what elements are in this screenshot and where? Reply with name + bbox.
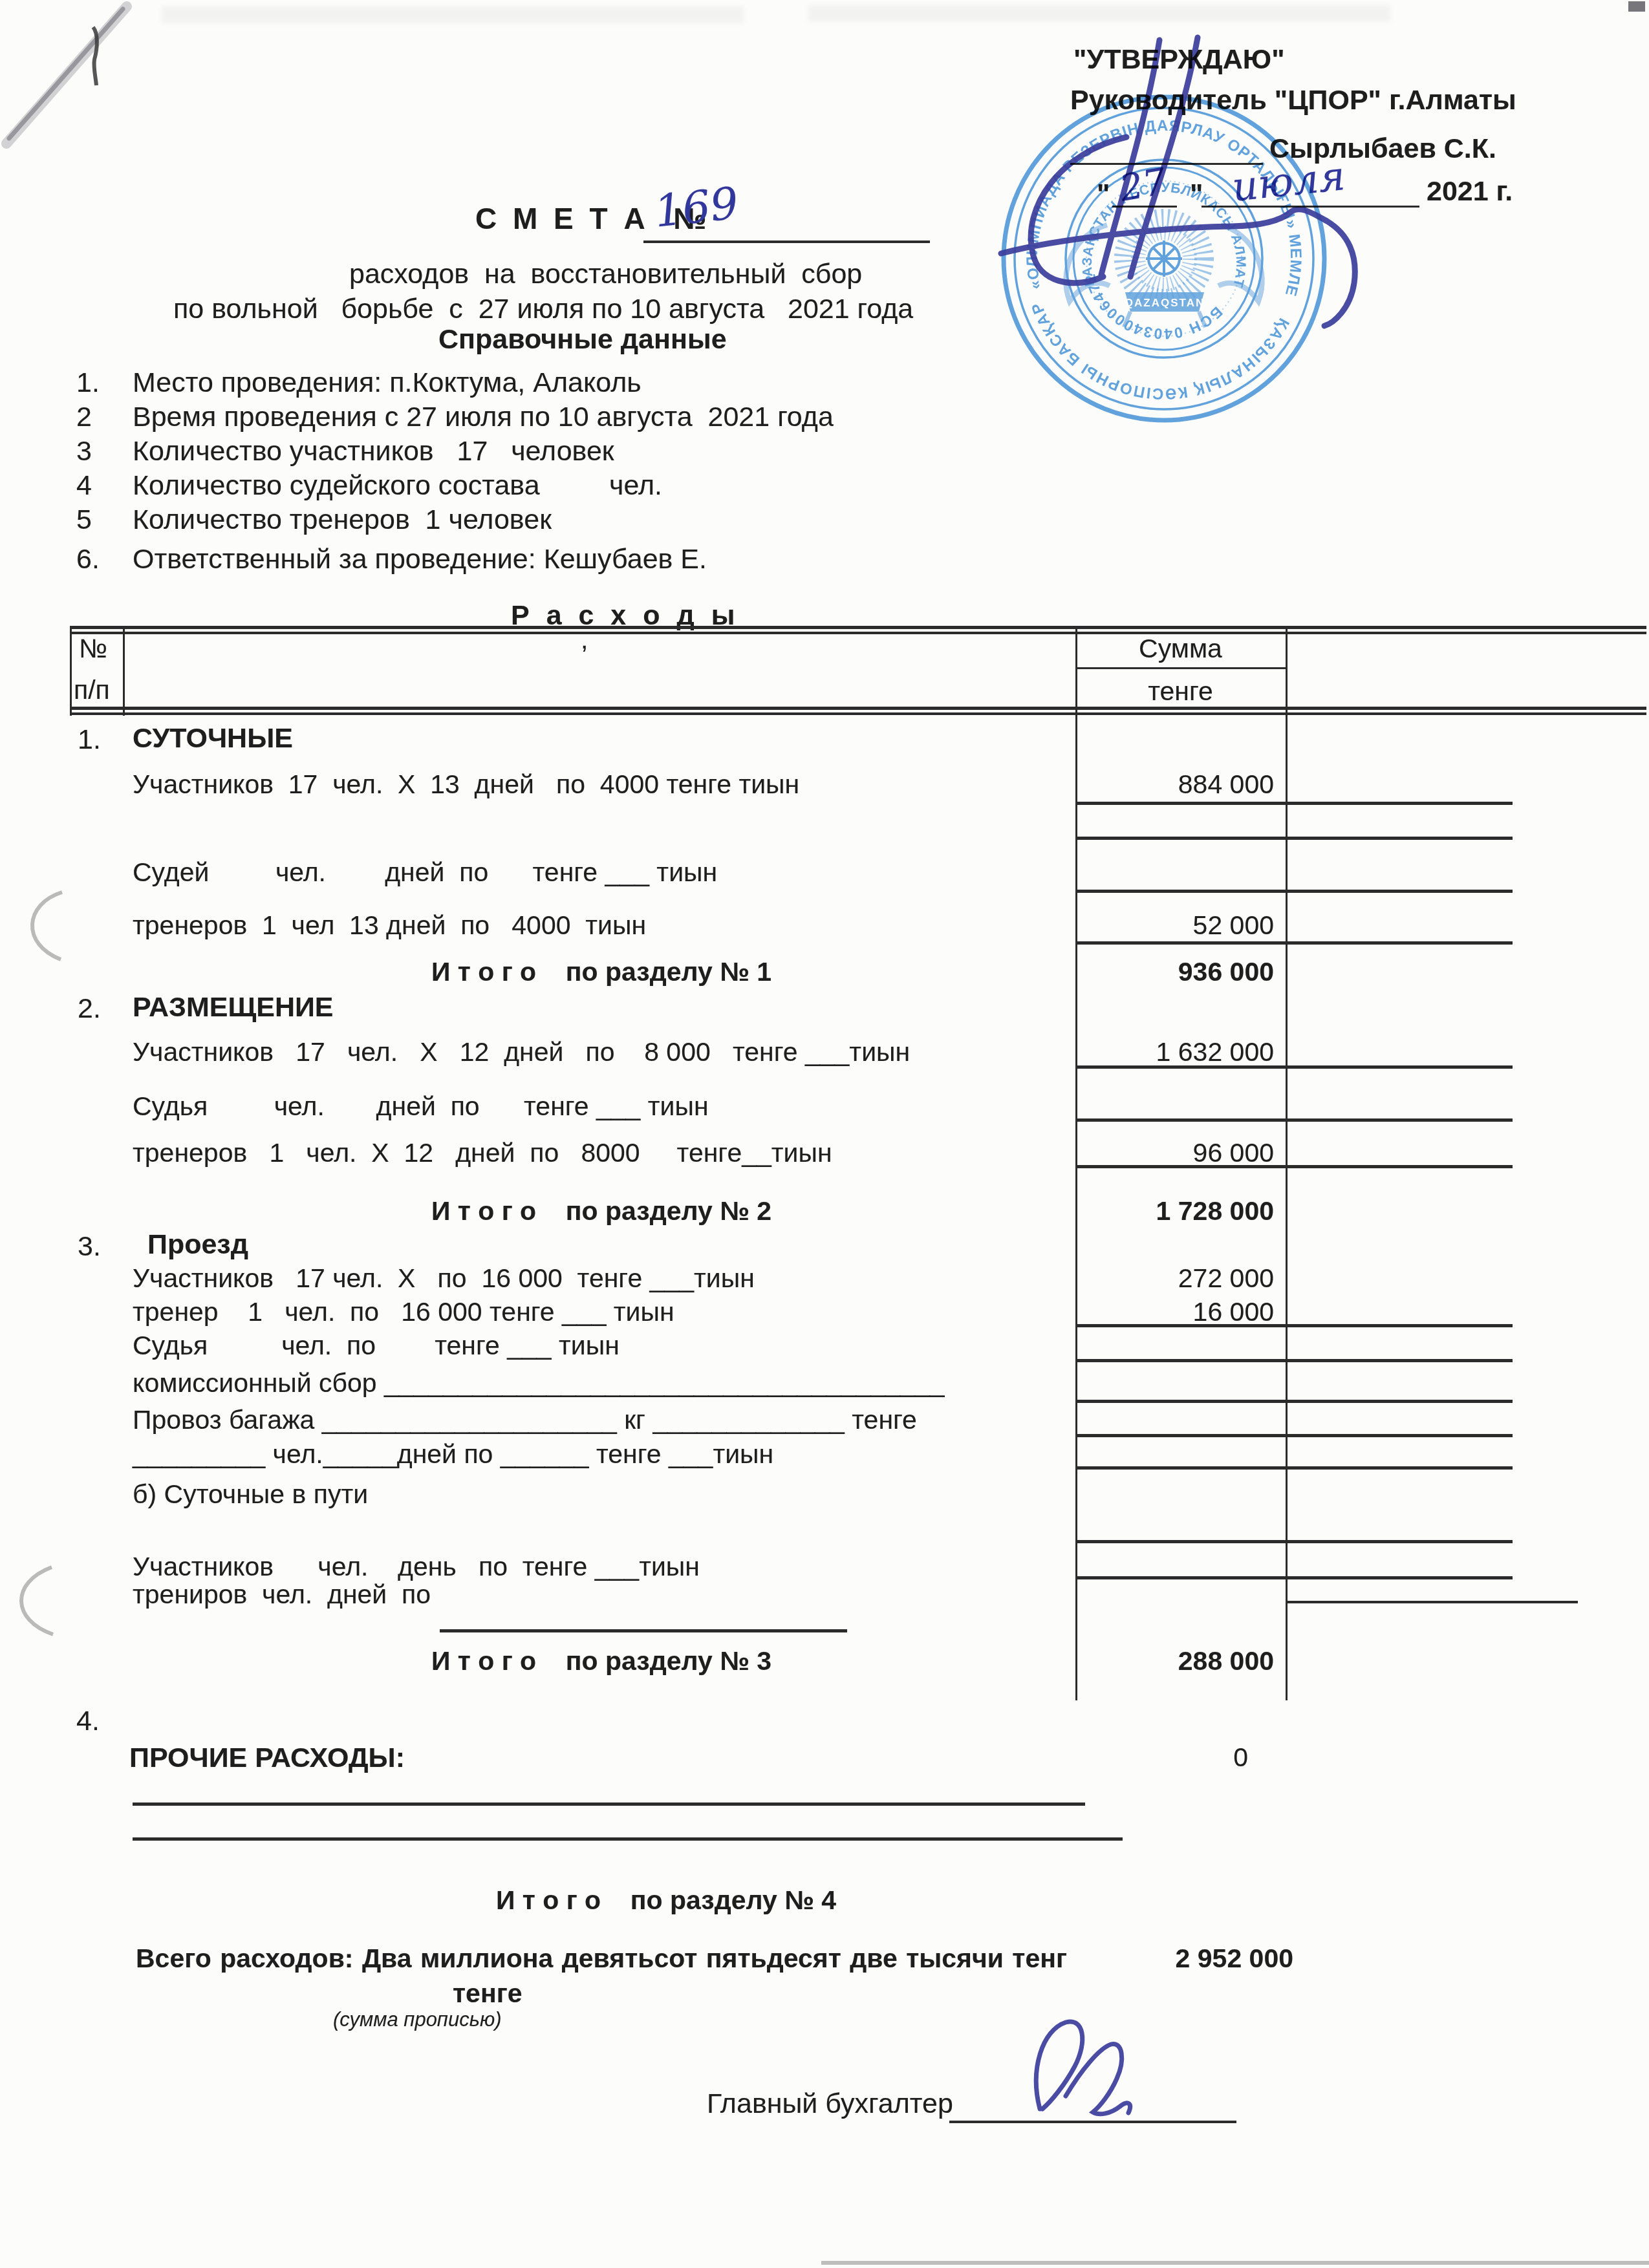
table-border [70, 626, 1646, 629]
blank-line [133, 1837, 1123, 1841]
info-item-num: 4 [76, 470, 92, 502]
row-separator [1286, 1601, 1578, 1603]
section-name: ПРОЧИЕ РАСХОДЫ: [129, 1742, 405, 1774]
table-border [123, 626, 125, 716]
stray-comma: , [581, 625, 588, 655]
expense-row-value: 884 000 [1073, 769, 1274, 800]
section-number: 3. [78, 1231, 101, 1263]
expense-row-value: 52 000 [1073, 910, 1274, 941]
expense-row-label: Судей чел. дней по тенге ___ тиын [133, 857, 717, 888]
expense-row-label: Провоз багажа ____________________ кг __… [133, 1405, 917, 1435]
info-item-num: 2 [76, 401, 92, 433]
artwork-overlay: QAZAQSTAN «ОЛИМПИАДА РЕЗЕРВІН ДАЯРЛАУ ОР… [0, 0, 1649, 2268]
row-separator [1075, 1359, 1513, 1362]
row-separator [1075, 1540, 1513, 1543]
expense-row-value: 272 000 [1073, 1263, 1274, 1294]
table-border [70, 707, 1646, 710]
section-number: 1. [78, 724, 101, 756]
expense-row-label: тренеров 1 чел 13 дней по 4000 тиын [133, 910, 646, 941]
table-border [70, 626, 72, 716]
grand-total-currency: тенге [453, 1978, 523, 2009]
expense-row-label: тренеров 1 чел. X 12 дней по 8000 тенге_… [133, 1138, 832, 1168]
scan-artifact-line [821, 2261, 1649, 2265]
approval-quote: "УТВЕРЖДАЮ" [1073, 44, 1285, 76]
row-separator [1075, 1065, 1513, 1069]
column-header-number: № [79, 634, 107, 664]
blank-line [440, 1629, 847, 1632]
info-item-num: 1. [76, 367, 100, 399]
svg-text:ҚАЗАҚСТАН РЕСПУБЛИКАСЫ АЛМАТЫ: ҚАЗАҚСТАН РЕСПУБЛИКАСЫ АЛМАТЫ ҚАЛАСЫ [0, 0, 1248, 290]
scanned-estimate-document: "УТВЕРЖДАЮ" Руководитель "ЦПОР" г.Алматы… [0, 0, 1649, 2268]
info-item-text: Количество тренеров 1 человек [133, 504, 552, 536]
row-separator [1075, 1434, 1513, 1437]
column-header-sum: Сумма [1075, 634, 1286, 664]
expense-row-value: 16 000 [1073, 1297, 1274, 1327]
scan-artifact-arc [21, 892, 62, 1634]
section-total-label: И т о г о по разделу № 3 [362, 1646, 841, 1676]
grand-total-words: Всего расходов: Два миллиона девятьсот п… [136, 1943, 1067, 1974]
section-name: Проезд [147, 1229, 248, 1261]
section-total-value: 936 000 [1073, 957, 1274, 987]
section-total-label: И т о г о по разделу № 2 [362, 1196, 841, 1226]
expense-row-label: Участников 17 чел. X 12 дней по 8 000 те… [133, 1037, 910, 1067]
accountant-signature [1036, 2022, 1130, 2114]
row-separator [1075, 1576, 1513, 1579]
table-border [1075, 667, 1286, 669]
info-item-text: Место проведения: п.Коктума, Алаколь [133, 367, 641, 399]
blank-line [133, 1803, 1085, 1806]
column-header-number: п/п [74, 675, 110, 705]
title-subtitle-3: Справочные данные [438, 324, 727, 356]
table-border [70, 632, 1646, 634]
column-header-currency: тенге [1075, 676, 1286, 707]
info-item-text: Количество участников 17 человек [133, 436, 614, 467]
expense-row-label: Судья чел. по тенге ___ тиын [133, 1331, 620, 1361]
handwritten-day: 27 [1117, 160, 1169, 209]
section-total-value: 1 728 000 [1073, 1196, 1274, 1226]
stamp-inner-top-text: ҚАЗАҚСТАН РЕСПУБЛИКАСЫ АЛМАТЫ ҚАЛАСЫ [0, 0, 1248, 290]
section-total-label: И т о г о по разделу № 1 [362, 957, 841, 987]
row-separator [1075, 941, 1513, 945]
info-item-num: 6. [76, 544, 100, 575]
section-name: СУТОЧНЫЕ [133, 723, 293, 754]
stamp-emblem-text: QAZAQSTAN [1125, 297, 1205, 309]
expense-row-label: _________ чел._____дней по ______ тенге … [133, 1439, 773, 1470]
scan-bleed-artifact [162, 6, 744, 23]
section-name: РАЗМЕЩЕНИЕ [133, 992, 334, 1023]
accountant-signature-line [949, 2121, 1236, 2123]
expense-row-label: б) Суточные в пути [133, 1479, 368, 1510]
info-item-text: Количество судейского состава чел. [133, 470, 662, 502]
approval-role: Руководитель "ЦПОР" г.Алматы [1070, 85, 1516, 116]
row-separator [1075, 1466, 1513, 1470]
title-subtitle-2: по вольной борьбе с 27 июля по 10 август… [173, 294, 913, 325]
expense-row-label: Участников 17 чел. X по 16 000 тенге ___… [133, 1263, 755, 1294]
title-number-line [643, 241, 930, 243]
section-number: 4. [76, 1706, 100, 1737]
handwritten-estimate-number: 169 [652, 178, 740, 237]
expense-row-label: трениров чел. дней по [133, 1579, 431, 1610]
row-separator [1075, 837, 1513, 840]
expense-row-value: 96 000 [1073, 1138, 1274, 1168]
expense-row-label: Судья чел. дней по тенге ___ тиын [133, 1091, 709, 1122]
row-separator [1075, 1400, 1513, 1403]
row-separator [1075, 1165, 1513, 1168]
table-border [70, 712, 1646, 715]
amount-in-words-note: (сумма прописью) [333, 2008, 502, 2031]
table-border [1286, 626, 1288, 1700]
date-open-quote: " [1097, 178, 1110, 210]
info-item-num: 3 [76, 436, 92, 467]
section-total-value: 288 000 [1073, 1646, 1274, 1676]
scan-artifact-corner [1628, 1, 1645, 12]
row-separator [1075, 890, 1513, 893]
title-subtitle-1: расходов на восстановительный сбор [349, 259, 862, 290]
expense-row-label: тренер 1 чел. по 16 000 тенге ___ тиын [133, 1297, 674, 1327]
section-total-label: И т о г о по разделу № 4 [427, 1885, 905, 1916]
expense-row-value: 1 632 000 [1073, 1037, 1274, 1067]
section-number: 2. [78, 993, 101, 1025]
grand-total-value: 2 952 000 [1093, 1943, 1293, 1974]
scan-artifact-diagonal [6, 6, 127, 144]
row-separator [1075, 1324, 1513, 1327]
svg-text:БСН 040340006472: БСН 040340006472 [1081, 272, 1226, 343]
accountant-label: Главный бухгалтер [707, 2088, 953, 2120]
stamp-inner-bottom-text: БСН 040340006472 [1081, 272, 1226, 343]
handwritten-month: июля [1230, 152, 1348, 211]
date-month-line [1202, 206, 1419, 208]
expense-row-label: комиссионный сбор ______________________… [133, 1368, 945, 1398]
scan-bleed-artifact [808, 5, 1390, 22]
expense-row-label: Участников 17 чел. X 13 дней по 4000 тен… [133, 769, 799, 800]
date-day-line [1112, 206, 1177, 208]
section-value: 0 [1073, 1742, 1248, 1773]
row-separator [1075, 802, 1513, 805]
info-item-num: 5 [76, 504, 92, 536]
approval-year: 2021 г. [1427, 176, 1513, 208]
row-separator [1075, 1118, 1513, 1122]
expense-row-label: Участников чел. день по тенге ___тиын [133, 1552, 700, 1582]
info-item-text: Время проведения с 27 июля по 10 августа… [133, 401, 834, 433]
info-item-text: Ответственный за проведение: Кешубаев Е. [133, 544, 707, 575]
stamp-emblem: QAZAQSTAN [1066, 219, 1262, 327]
